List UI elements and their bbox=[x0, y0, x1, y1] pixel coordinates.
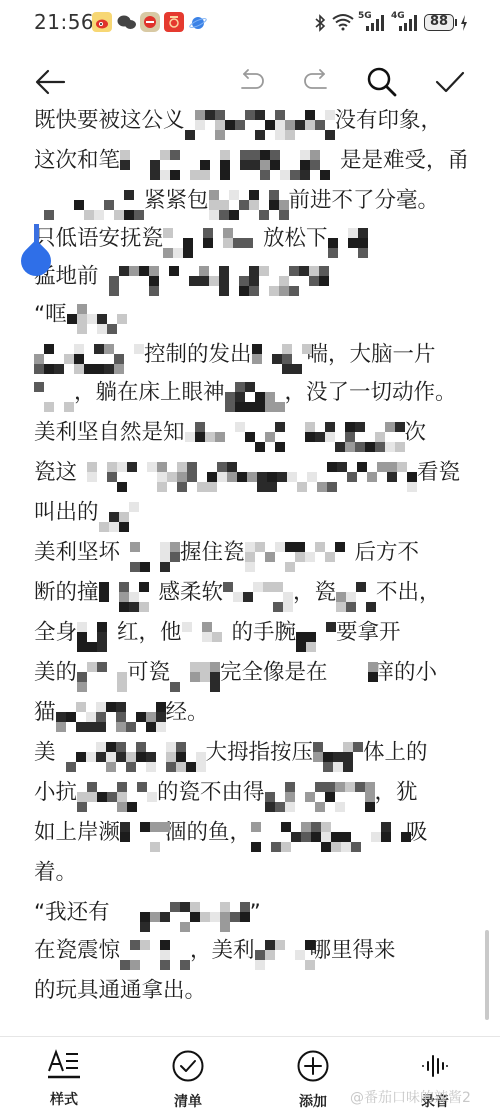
text-segment: 断的撞 bbox=[34, 578, 99, 608]
text-segment: 的玩具通通拿出。 bbox=[34, 976, 206, 1006]
text-segment: 既快要被这公义 bbox=[34, 106, 185, 136]
text-segment: 感柔软 bbox=[159, 578, 224, 608]
text-line: 叫出的 bbox=[34, 498, 149, 528]
add-label: 添加 bbox=[268, 1091, 358, 1111]
pixelated-region bbox=[313, 738, 363, 768]
pixelated-region bbox=[336, 578, 376, 608]
text-line: 美的可瓷完全像是在痒的小 bbox=[34, 658, 437, 688]
text-segment: 后方不 bbox=[355, 538, 420, 568]
pixelated-region bbox=[99, 262, 329, 292]
wechat-icon bbox=[116, 12, 136, 32]
checklist-icon bbox=[171, 1049, 205, 1083]
watermark: @番茄口味的辣酱2 bbox=[350, 1087, 471, 1107]
text-segment: 猫 bbox=[34, 698, 56, 728]
weibo-icon bbox=[92, 12, 112, 32]
text-segment: 红，他 bbox=[117, 618, 182, 648]
text-segment: 美利坚坏 bbox=[34, 538, 120, 568]
text-line: 美利坚坏握住瓷后方不 bbox=[34, 538, 419, 568]
browser-icon bbox=[188, 12, 208, 32]
text-segment: 的手腕 bbox=[232, 618, 297, 648]
undo-button[interactable] bbox=[234, 64, 270, 100]
editor-toolbar bbox=[0, 52, 500, 112]
text-segment: ，没了一切动作。 bbox=[285, 378, 457, 408]
pixelated-region bbox=[67, 300, 127, 330]
text-segment: ，瓷 bbox=[293, 578, 336, 608]
text-segment: 在瓷震惊 bbox=[34, 936, 120, 966]
text-segment: 前进不了分毫。 bbox=[289, 186, 440, 216]
text-line: 控制的发出喘，大脑一片 bbox=[34, 340, 436, 370]
text-segment: 瓷这 bbox=[34, 458, 77, 488]
audio-record-icon bbox=[418, 1049, 452, 1083]
pixelated-region bbox=[251, 818, 406, 848]
text-segment: 次 bbox=[405, 418, 427, 448]
pixelated-region bbox=[252, 340, 307, 370]
pixelated-region bbox=[170, 658, 220, 688]
charging-icon bbox=[460, 14, 468, 32]
text-segment: 美 bbox=[34, 738, 56, 768]
text-line: “我还有” bbox=[34, 898, 261, 928]
app-icon-red bbox=[164, 12, 184, 32]
pixelated-region bbox=[56, 738, 206, 768]
text-segment: 小抗 bbox=[34, 778, 77, 808]
done-button[interactable] bbox=[432, 64, 468, 100]
signal-bars-icon bbox=[398, 14, 418, 32]
search-button[interactable] bbox=[364, 64, 400, 100]
pixelated-region bbox=[245, 538, 355, 568]
style-label: 样式 bbox=[19, 1089, 109, 1109]
text-line: 着。 bbox=[34, 858, 77, 888]
text-line: 既快要被这公义没有印象， bbox=[34, 106, 442, 136]
text-segment: 美的 bbox=[34, 658, 77, 688]
text-segment: 经。 bbox=[166, 698, 209, 728]
text-line: 猫经。 bbox=[34, 698, 209, 728]
text-segment: 控制的发出 bbox=[144, 340, 252, 370]
pixelated-region bbox=[34, 186, 144, 216]
text-line: 猛地前 bbox=[34, 262, 329, 292]
text-segment: ” bbox=[250, 898, 261, 928]
text-segment: 没有印象， bbox=[335, 106, 443, 136]
pixelated-region bbox=[34, 378, 74, 408]
checkmark-icon bbox=[435, 70, 465, 94]
text-line: ，躺在床上眼神，没了一切动作。 bbox=[34, 378, 457, 408]
pixelated-region bbox=[77, 778, 157, 808]
bluetooth-icon bbox=[314, 14, 326, 32]
text-segment: 是是难受，甬 bbox=[340, 146, 469, 176]
text-segment: 的瓷不由得 bbox=[157, 778, 265, 808]
text-segment: 看瓷 bbox=[417, 458, 460, 488]
pixelated-region bbox=[182, 618, 232, 648]
battery-icon: 88 bbox=[424, 14, 454, 31]
pixelated-region bbox=[163, 224, 263, 254]
text-line: 全身红，他的手腕要拿开 bbox=[34, 618, 401, 648]
text-line: 断的撞感柔软，瓷不出， bbox=[34, 578, 441, 608]
text-segment: 紧紧包 bbox=[144, 186, 209, 216]
pixelated-region bbox=[328, 658, 373, 688]
text-line: 在瓷震惊，美利哪里得来 bbox=[34, 936, 396, 966]
pixelated-region bbox=[185, 418, 405, 448]
text-style-icon bbox=[47, 1049, 81, 1081]
pixelated-region bbox=[34, 340, 144, 370]
signal-bars-icon bbox=[365, 14, 385, 32]
battery-tip bbox=[455, 19, 457, 26]
back-button[interactable] bbox=[32, 64, 68, 100]
text-segment: 哪里得来 bbox=[310, 936, 396, 966]
pixelated-region bbox=[120, 538, 180, 568]
pixelated-region bbox=[255, 936, 310, 966]
pixelated-region bbox=[328, 224, 368, 254]
pixelated-region bbox=[225, 378, 285, 408]
text-segment: ，躺在床上眼神 bbox=[74, 378, 225, 408]
text-line: 瓷这看瓷 bbox=[34, 458, 460, 488]
text-segment: ，犹 bbox=[375, 778, 418, 808]
text-line: 紧紧包前进不了分毫。 bbox=[34, 186, 439, 216]
pixelated-region bbox=[185, 106, 335, 136]
undo-icon bbox=[238, 69, 266, 95]
text-segment: 这次和笔 bbox=[34, 146, 120, 176]
add-icon bbox=[296, 1049, 330, 1083]
text-segment: “哐 bbox=[34, 300, 67, 330]
text-line: 只低语安抚瓷放松下 bbox=[34, 224, 368, 254]
pixelated-region bbox=[209, 186, 289, 216]
pixelated-region bbox=[77, 618, 117, 648]
text-segment: 不出， bbox=[376, 578, 441, 608]
arrow-left-icon bbox=[34, 68, 66, 96]
add-button[interactable]: 添加 bbox=[268, 1049, 358, 1111]
text-segment: 放松下 bbox=[263, 224, 328, 254]
style-button[interactable]: 样式 bbox=[19, 1049, 109, 1109]
text-segment: 要拿开 bbox=[336, 618, 401, 648]
pixelated-region bbox=[223, 578, 293, 608]
text-segment: 如上岸濒 bbox=[34, 818, 120, 848]
pixelated-region bbox=[99, 498, 149, 528]
text-segment: 美利坚自然是知 bbox=[34, 418, 185, 448]
text-segment: “我还有 bbox=[34, 898, 110, 928]
text-segment: 喘，大脑一片 bbox=[307, 340, 436, 370]
text-line: 美大拇指按压体上的 bbox=[34, 738, 428, 768]
pixelated-region bbox=[296, 618, 336, 648]
pixelated-region bbox=[99, 578, 159, 608]
text-segment: ，美利 bbox=[190, 936, 255, 966]
pixelated-region bbox=[120, 146, 340, 176]
text-segment: 体上的 bbox=[363, 738, 428, 768]
status-bar: 21:56 5G 4G 88 bbox=[0, 0, 500, 48]
pixelated-region bbox=[110, 898, 250, 928]
search-icon bbox=[366, 66, 398, 98]
redo-icon bbox=[302, 69, 330, 95]
text-segment: 只低语安抚瓷 bbox=[34, 224, 163, 254]
text-line: 的玩具通通拿出。 bbox=[34, 976, 206, 1006]
redo-button[interactable] bbox=[298, 64, 334, 100]
note-editor-body[interactable]: 既快要被这公义没有印象，这次和笔是是难受，甬紧紧包前进不了分毫。只低语安抚瓷放松… bbox=[0, 104, 500, 1034]
checklist-button[interactable]: 清单 bbox=[143, 1049, 233, 1111]
pixelated-region bbox=[120, 936, 190, 966]
app-icon-badge bbox=[140, 12, 160, 32]
text-segment: 叫出的 bbox=[34, 498, 99, 528]
text-line: 小抗的瓷不由得，犹 bbox=[34, 778, 418, 808]
text-segment: 全身 bbox=[34, 618, 77, 648]
pixelated-region bbox=[77, 458, 417, 488]
text-line: “哐 bbox=[34, 300, 127, 330]
text-segment: 痒的小 bbox=[373, 658, 438, 688]
status-time: 21:56 bbox=[34, 10, 94, 34]
scrollbar[interactable] bbox=[485, 930, 489, 1020]
text-segment: 着。 bbox=[34, 858, 77, 888]
text-segment: 大拇指按压 bbox=[206, 738, 314, 768]
text-segment: 涸的鱼， bbox=[165, 818, 251, 848]
text-line: 美利坚自然是知次 bbox=[34, 418, 426, 448]
text-line: 如上岸濒涸的鱼，吸 bbox=[34, 818, 428, 848]
pixelated-region bbox=[77, 658, 127, 688]
pixelated-region bbox=[120, 818, 165, 848]
text-line: 这次和笔是是难受，甬 bbox=[34, 146, 469, 176]
wifi-icon bbox=[331, 13, 355, 31]
pixelated-region bbox=[265, 778, 375, 808]
text-segment: 完全像是在 bbox=[220, 658, 328, 688]
pixelated-region bbox=[56, 698, 166, 728]
text-segment: 可瓷 bbox=[127, 658, 170, 688]
text-segment: 握住瓷 bbox=[180, 538, 245, 568]
checklist-label: 清单 bbox=[143, 1091, 233, 1111]
